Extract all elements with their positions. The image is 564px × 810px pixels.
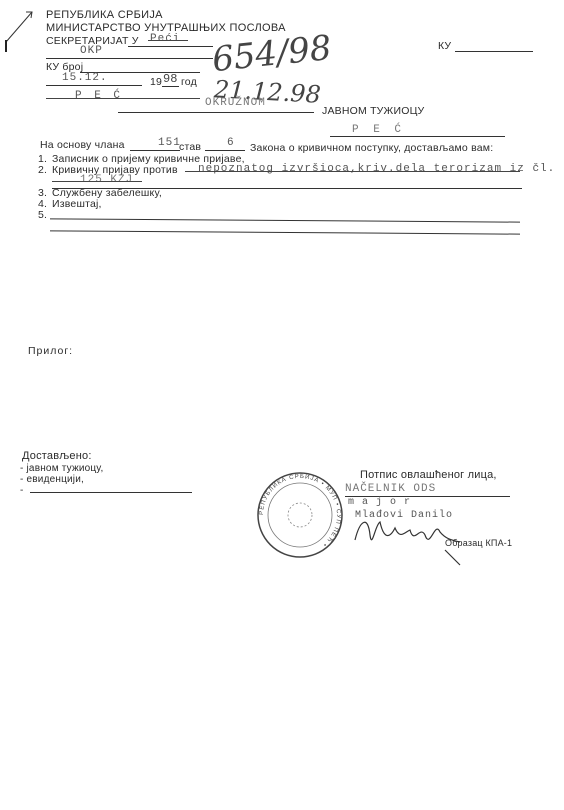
code-value[interactable]: P E Ć <box>75 90 123 102</box>
item-5-line-1 <box>50 218 520 222</box>
delivered-item-1: - јавном тужиоцу, <box>20 463 104 474</box>
city-value[interactable]: P E Ć <box>352 124 405 136</box>
secretariat-value[interactable]: Peći <box>150 33 180 45</box>
year-underline <box>162 86 179 87</box>
paragraph-value[interactable]: 6 <box>227 137 235 149</box>
item-5-num: 5. <box>38 209 47 221</box>
basis-suffix: Закона о кривичном поступку, достављамо … <box>250 142 493 154</box>
signature-label: Потпис овлашћеног лица, <box>360 469 497 481</box>
paragraph-label: став <box>179 141 201 153</box>
year-value[interactable]: 98 <box>163 72 177 86</box>
official-stamp: РЕПУБЛИКА СРБИЈА • МУП • СУП ПЕЋ • <box>255 470 345 560</box>
signature-typed-line1: NAČELNIK ODS <box>345 483 436 495</box>
secretariat-underline <box>128 46 213 47</box>
addressee-label: ЈАВНОМ ТУЖИОЦУ <box>322 105 424 117</box>
item-4-text: Извештај, <box>52 198 102 210</box>
code-strike <box>46 98 200 99</box>
court-value[interactable]: OKRUŽNOM <box>205 97 266 109</box>
delivered-underline <box>30 492 192 493</box>
ku-right-label: КУ <box>438 40 451 52</box>
signature-rank: m a j o r <box>348 497 411 508</box>
item-2-typed-continuation[interactable]: 125 KZJ <box>80 174 133 186</box>
attachment-label: Прилог: <box>28 345 73 357</box>
ku-right-underline <box>455 51 533 52</box>
delivered-label: Достављено: <box>22 450 92 462</box>
secretariat-strike <box>148 40 188 41</box>
item-2-typed[interactable]: nepoznatog izvršioca,kriv.dela terorizam… <box>198 163 555 175</box>
paragraph-underline <box>205 150 245 151</box>
item-2-line <box>185 171 520 172</box>
court-underline <box>118 112 314 113</box>
handwritten-number: 654/98 <box>210 28 333 80</box>
city-underline <box>330 136 505 137</box>
corner-arrow-mark <box>0 0 50 55</box>
date-underline <box>46 85 142 86</box>
article-value[interactable]: 151 <box>158 137 181 149</box>
item-5-line-2 <box>50 230 520 234</box>
form-code: Образац КПА-1 <box>445 538 512 548</box>
item-2-num: 2. <box>38 164 47 176</box>
basis-prefix: На основу члана <box>40 139 125 151</box>
delivered-item-3: - <box>20 485 24 496</box>
department-value[interactable]: OKP <box>80 45 103 57</box>
item-2-continuation-strike <box>52 181 142 182</box>
year-suffix: год <box>181 76 197 88</box>
article-underline <box>130 150 180 151</box>
department-underline <box>46 58 213 59</box>
republic-title: РЕПУБЛИКА СРБИЈА <box>46 9 163 21</box>
year-prefix: 19 <box>150 76 162 88</box>
date-value[interactable]: 15.12. <box>62 72 108 84</box>
delivered-item-2: - евиденцији, <box>20 474 84 485</box>
